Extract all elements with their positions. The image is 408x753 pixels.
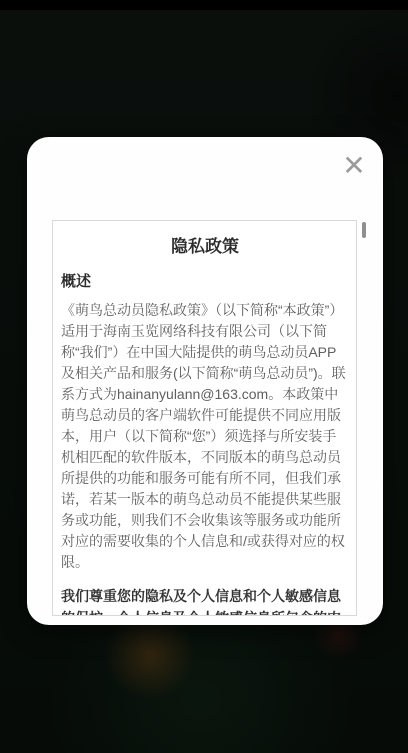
dialog-title: 隐私政策 xyxy=(61,235,349,259)
section-heading-overview: 概述 xyxy=(61,271,349,292)
policy-scroll-area[interactable]: 隐私政策 概述 《萌鸟总动员隐私政策》（以下简称“本政策”）适用于海南玉览网络科… xyxy=(52,220,357,616)
policy-paragraph-privacy-commitment: 我们尊重您的隐私及个人信息和个人敏感信息的保护，个人信息及个人敏感信息所包含的内… xyxy=(61,585,349,616)
app-screen: ✕ 隐私政策 概述 《萌鸟总动员隐私政策》（以下简称“本政策”）适用于海南玉览网… xyxy=(0,0,408,753)
close-button[interactable]: ✕ xyxy=(335,147,373,185)
scrollbar-thumb[interactable] xyxy=(362,222,366,238)
close-icon: ✕ xyxy=(342,152,365,180)
status-bar-strip xyxy=(0,0,408,10)
privacy-policy-dialog: ✕ 隐私政策 概述 《萌鸟总动员隐私政策》（以下简称“本政策”）适用于海南玉览网… xyxy=(27,137,383,625)
policy-paragraph-overview: 《萌鸟总动员隐私政策》（以下简称“本政策”）适用于海南玉览网络科技有限公司（以下… xyxy=(61,300,349,573)
